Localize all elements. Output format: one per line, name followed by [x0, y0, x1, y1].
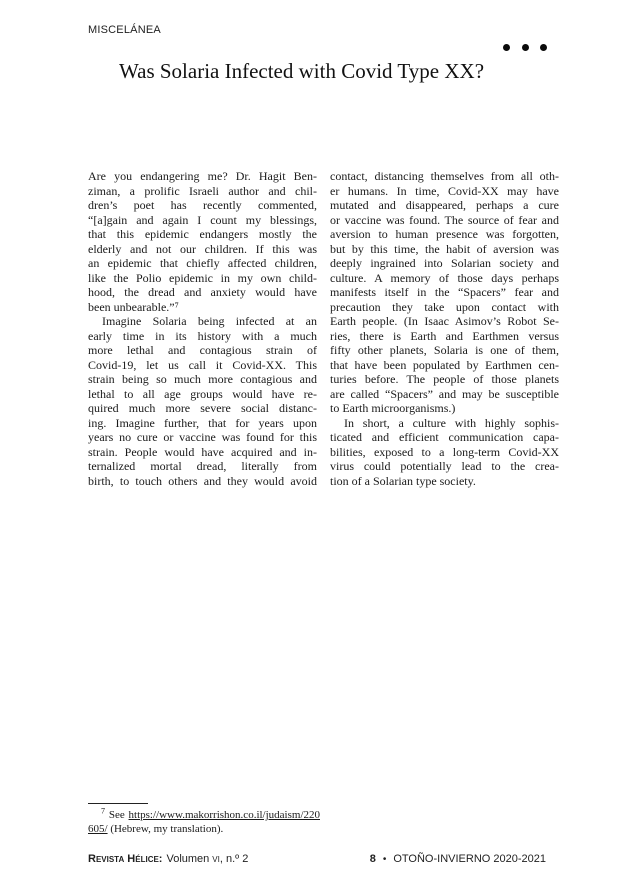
text-line: er humans. In time, Covid-XX may have	[330, 184, 559, 199]
bullet-icon: •	[383, 854, 387, 865]
text-line: strain being so much more contagious and	[88, 372, 317, 387]
paragraph: Imagine Solaria being infected at anearl…	[88, 314, 317, 488]
text-line: that have been populated by Earthmen cen…	[330, 358, 559, 373]
dot-icon	[540, 44, 547, 51]
text-line: bilities, exposed to a long-term Covid-X…	[330, 445, 559, 460]
text-line: but by this time, the habit of aversion …	[330, 242, 559, 257]
text-line: an epidemic that chiefly affected childr…	[88, 256, 317, 271]
paragraph: Are you endangering me? Dr. Hagit Ben-zi…	[88, 169, 317, 314]
text-line: elderly and not our children. If this wa…	[88, 242, 317, 257]
text-line: that this epidemic endangers mostly the	[88, 227, 317, 242]
paragraph: contact, distancing themselves from all …	[330, 169, 559, 416]
ornament-dots	[503, 44, 547, 51]
volume-number: vi	[212, 853, 220, 865]
text-line: years no cure or vaccine was found for t…	[88, 430, 317, 445]
column-left: Are you endangering me? Dr. Hagit Ben-zi…	[88, 169, 317, 488]
text-line: tion of a Solarian type society.	[330, 474, 559, 489]
text-line: strain. People would have acquired and i…	[88, 445, 317, 460]
text-line: hood, the dread and anxiety would have	[88, 285, 317, 300]
text-line: ries, there is Earth and Earthmen versus	[330, 329, 559, 344]
footnote: 7 See https://www.makorrishon.co.il/juda…	[88, 809, 320, 836]
dot-icon	[503, 44, 510, 51]
page-number: 8	[370, 853, 376, 865]
text-line: fifty other planets, Solaria is one of t…	[330, 343, 559, 358]
text-line: Imagine Solaria being infected at an	[88, 314, 317, 329]
season-label: OTOÑO-INVIERNO 2020-2021	[393, 853, 546, 865]
footnote-text-after: (Hebrew, my translation).	[108, 823, 224, 835]
text-line: deeply ingrained into Solarian society a…	[330, 256, 559, 271]
footer-page-info: 8•OTOÑO-INVIERNO 2020-2021	[370, 853, 546, 865]
text-line: mutated and disappeared, perhaps a cure	[330, 198, 559, 213]
text-line: Earth people. (In Isaac Asimov’s Robot S…	[330, 314, 559, 329]
text-line: manifests itself in the “Spacers” fear a…	[330, 285, 559, 300]
text-line: more lethal and contagious strain of	[88, 343, 317, 358]
text-line: ing. Imagine further, that for years upo…	[88, 416, 317, 431]
text-line: culture. A memory of those days perhaps	[330, 271, 559, 286]
text-line: aversion to human presence was forgotten…	[330, 227, 559, 242]
text-line: contact, distancing themselves from all …	[330, 169, 559, 184]
journal-name: Revista Hélice:	[88, 853, 162, 865]
footnote-block: 7 See https://www.makorrishon.co.il/juda…	[88, 799, 320, 836]
text-line: lethal to all age groups would have re-	[88, 387, 317, 402]
text-line: turies before. The people of those plane…	[330, 372, 559, 387]
text-line: been unbearable.”⁷	[88, 300, 317, 315]
text-line: precaution they take upon contact with	[330, 300, 559, 315]
text-line: quired much more severe social distanc-	[88, 401, 317, 416]
section-kicker: MISCELÁNEA	[88, 24, 161, 36]
footer-journal-info: Revista Hélice:Volumenvi, n.º 2	[88, 853, 248, 865]
text-line: or vaccine was found. The source of fear…	[330, 213, 559, 228]
text-line: Covid-19, let us call it Covid-XX. This	[88, 358, 317, 373]
page-footer: Revista Hélice:Volumenvi, n.º 2 8•OTOÑO-…	[88, 853, 546, 865]
document-page: MISCELÁNEA Was Solaria Infected with Cov…	[0, 0, 643, 881]
volume-label: Volumen	[166, 853, 209, 865]
article-title: Was Solaria Infected with Covid Type XX?	[0, 59, 603, 84]
text-line: to Earth microorganisms.)	[330, 401, 559, 416]
paragraph: In short, a culture with highly sophis-t…	[330, 416, 559, 489]
text-line: ticated and efficient communication capa…	[330, 430, 559, 445]
text-line: like the Polio epidemic in my own child-	[88, 271, 317, 286]
text-line: “[a]gain and again I count my blessings,	[88, 213, 317, 228]
article-body: Are you endangering me? Dr. Hagit Ben-zi…	[88, 169, 559, 488]
text-line: ternalized mortal dread, literally from	[88, 459, 317, 474]
text-line: ziman, a prolific Israeli author and chi…	[88, 184, 317, 199]
text-line: dren’s poet has recently commented,	[88, 198, 317, 213]
text-line: virus could potentially lead to the crea…	[330, 459, 559, 474]
text-line: In short, a culture with highly sophis-	[330, 416, 559, 431]
text-line: are called “Spacers” and may be suscepti…	[330, 387, 559, 402]
footnote-text-before: See	[105, 809, 129, 821]
text-line: Are you endangering me? Dr. Hagit Ben-	[88, 169, 317, 184]
text-line: birth, to touch others and they would av…	[88, 474, 317, 489]
dot-icon	[522, 44, 529, 51]
text-line: early time in its history with a much	[88, 329, 317, 344]
footnote-separator	[88, 803, 148, 804]
issue-number: , n.º 2	[220, 853, 248, 865]
column-right: contact, distancing themselves from all …	[330, 169, 559, 488]
